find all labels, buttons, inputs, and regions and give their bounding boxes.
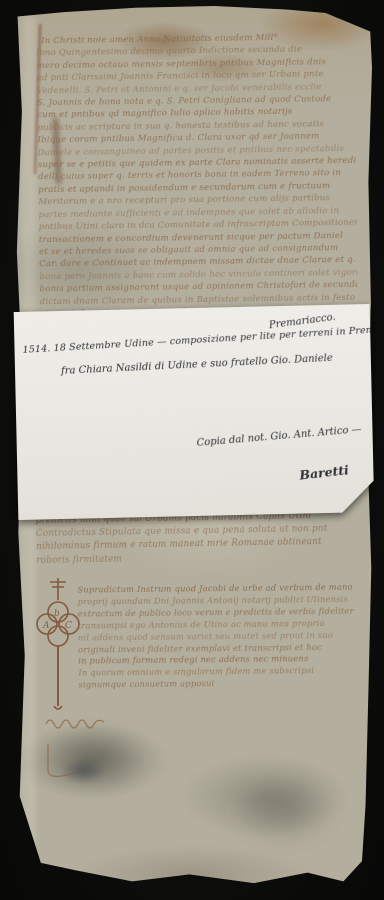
note-parties-line: fra Chiara Nasildi di Udine e suo fratel… (61, 353, 333, 377)
note-signature: Baretti (299, 462, 350, 482)
note-date-line: 1514. 18 Settembre Udine — composizione … (22, 322, 384, 355)
stain-bottom-right (229, 771, 339, 846)
bracket-mark (40, 742, 90, 782)
photo-background: In Christi noie amen Anno Natiuitatis ei… (0, 0, 384, 900)
svg-text:C: C (65, 621, 72, 631)
notary-subscription-block: Supradictum Instrum quod Jacobi de urbe … (77, 581, 374, 691)
manuscript-upper-text-block: In Christi noie amen Anno Natiuitatis ei… (36, 31, 358, 321)
archivist-note-paper: Premariacco. 1514. 18 Settembre Udine — … (14, 304, 375, 520)
scribble-mark (42, 710, 112, 732)
note-copy-line: Copia dal not. Gio. Ant. Artico — (196, 424, 362, 449)
svg-text:b: b (54, 609, 60, 619)
svg-text:A: A (42, 621, 50, 631)
manuscript-line: signumque consuetum apposui (78, 677, 374, 692)
archivist-note: Premariacco. 1514. 18 Settembre Udine — … (14, 304, 375, 520)
